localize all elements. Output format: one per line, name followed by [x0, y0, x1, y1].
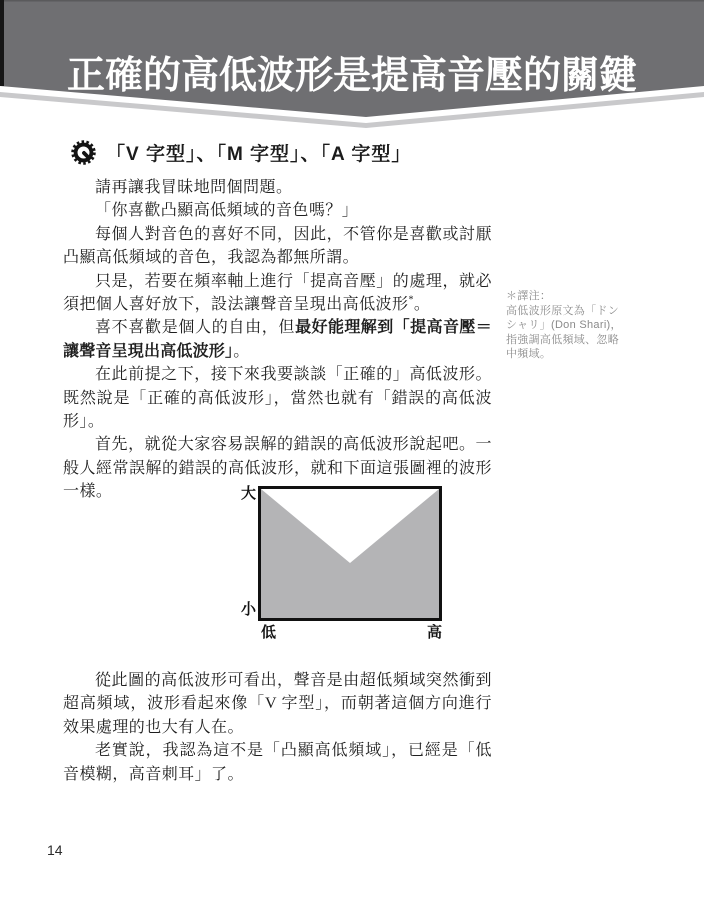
body-paragraph: 在此前提之下，接下來我要談談「正確的」高低波形。既然說是「正確的高低波形」，當然…: [63, 363, 492, 433]
y-axis-label-large: 大: [241, 482, 256, 503]
x-axis-label-low: 低: [261, 621, 276, 642]
page-number: 14: [47, 842, 63, 858]
body-paragraph: 請再讓我冒昧地問個問題。: [63, 176, 492, 199]
y-axis-label-small: 小: [241, 598, 256, 619]
x-axis-label-high: 高: [427, 621, 442, 642]
body-text-upper: 請再讓我冒昧地問個問題。 「你喜歡凸顯高低頻域的音色嗎？」 每個人對音色的喜好不…: [63, 176, 492, 504]
page-title: 正確的高低波形是提高音壓的關鍵: [0, 44, 704, 99]
body-paragraph-with-footnote: 只是，若要在頻率軸上進行「提高音壓」的處理，就必須把個人喜好放下，設法讓聲音呈現…: [63, 270, 492, 317]
diagram-plot-area: [258, 486, 442, 621]
note-line: 高低波形原文為「ドン: [506, 304, 642, 319]
section-heading: 「V 字型」、「M 字型」、「A 字型」: [70, 139, 411, 166]
body-text-lower: 從此圖的高低波形可看出，聲音是由超低頻域突然衝到超高頻域，波形看起來像「V 字型…: [63, 669, 492, 786]
note-line: シャリ」(Don Shari)，: [506, 318, 642, 333]
paragraph-text: 。: [233, 343, 249, 360]
section-heading-label: 「V 字型」、「M 字型」、「A 字型」: [106, 139, 411, 166]
paragraph-text: 喜不喜歡是個人的自由，但: [95, 319, 295, 336]
gear-icon: [70, 139, 97, 166]
translator-note: ＊譯注： 高低波形原文為「ドン シャリ」(Don Shari)， 指強調高低頻域…: [506, 289, 642, 362]
body-paragraph-with-emphasis: 喜不喜歡是個人的自由，但最好能理解到「提高音壓＝讓聲音呈現出高低波形」。: [63, 316, 492, 363]
body-paragraph: 老實說，我認為這不是「凸顯高低頻域」，已經是「低音模糊，高音刺耳」了。: [63, 739, 492, 786]
note-line: ＊譯注：: [506, 289, 642, 304]
body-paragraph: 從此圖的高低波形可看出，聲音是由超低頻域突然衝到超高頻域，波形看起來像「V 字型…: [63, 669, 492, 739]
book-page: 正確的高低波形是提高音壓的關鍵 「V 字型」、「M 字型」、「A 字型」 請再讓…: [0, 0, 704, 900]
paragraph-text: 。: [414, 296, 430, 313]
body-paragraph: 每個人對音色的喜好不同，因此，不管你是喜歡或討厭凸顯高低頻域的音色，我認為都無所…: [63, 223, 492, 270]
banner-top-edge: [0, 0, 704, 2]
note-line: 中頻域。: [506, 347, 642, 362]
body-paragraph: 「你喜歡凸顯高低頻域的音色嗎？」: [63, 199, 492, 222]
note-line: 指強調高低頻域、忽略: [506, 333, 642, 348]
v-shape-diagram: 大 小 低 高: [240, 480, 460, 650]
